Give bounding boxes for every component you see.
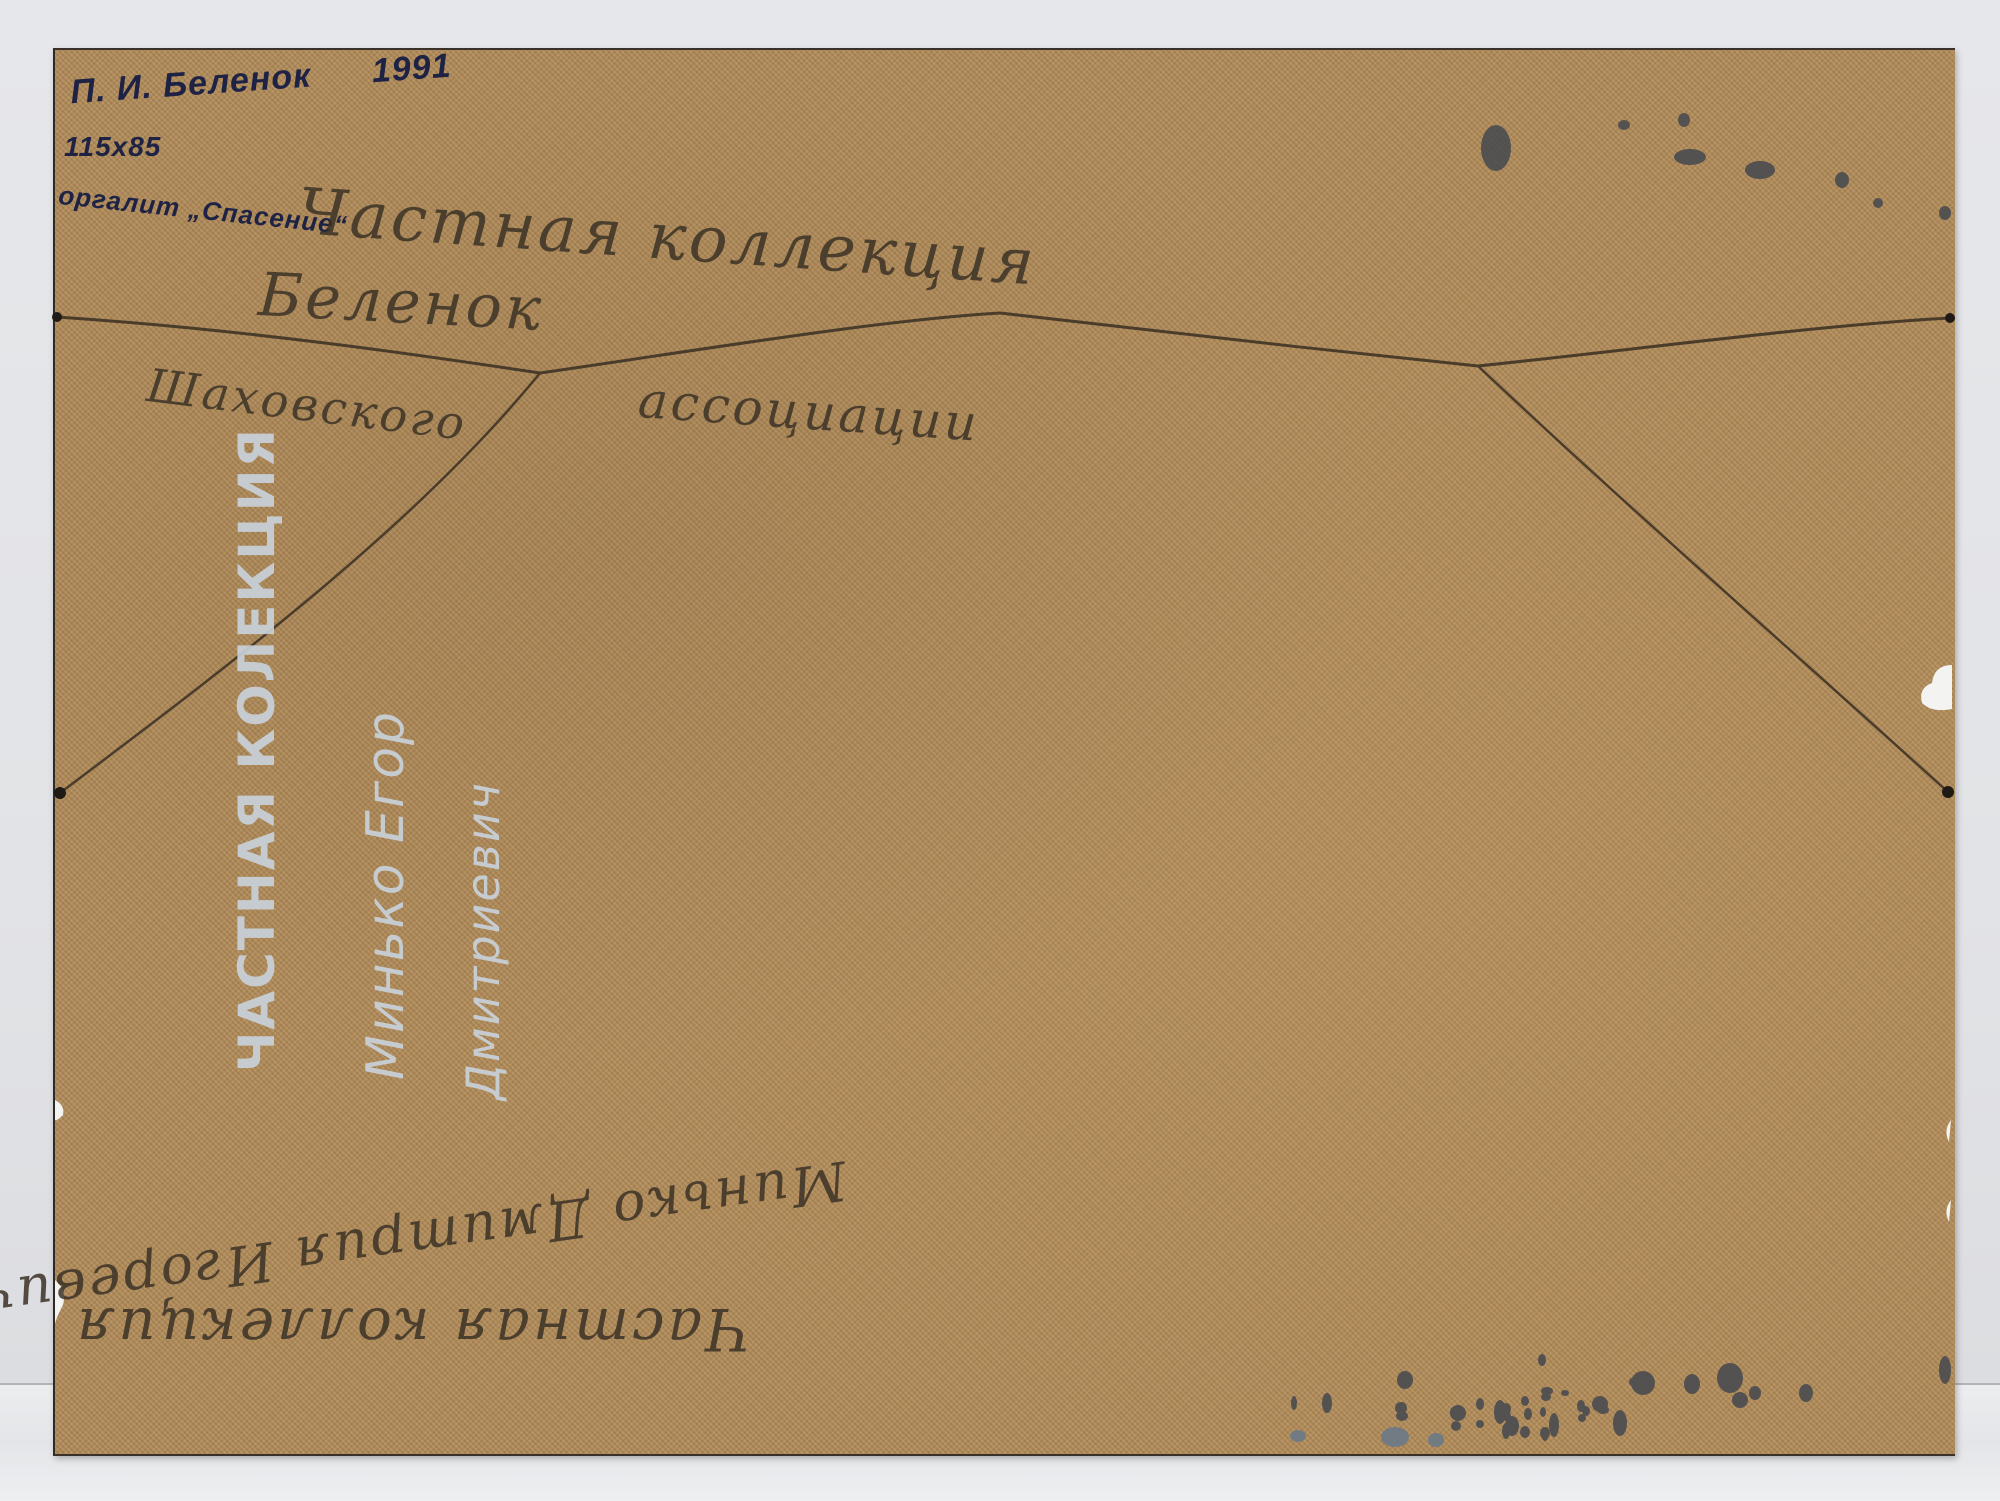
pencil-belenok: Беленок <box>257 265 546 340</box>
chalk-name: Минько Егор <box>360 710 412 1080</box>
label-size: 115x85 <box>64 133 161 161</box>
pencil-upside-private-collection: Частная коллекция <box>60 1300 750 1358</box>
chalk-private-collection: ЧАСТНАЯ КОЛЕКЦИЯ <box>232 427 282 1072</box>
chalk-patronymic: Дмитриевич <box>460 781 506 1100</box>
year: 1991 <box>371 47 453 90</box>
